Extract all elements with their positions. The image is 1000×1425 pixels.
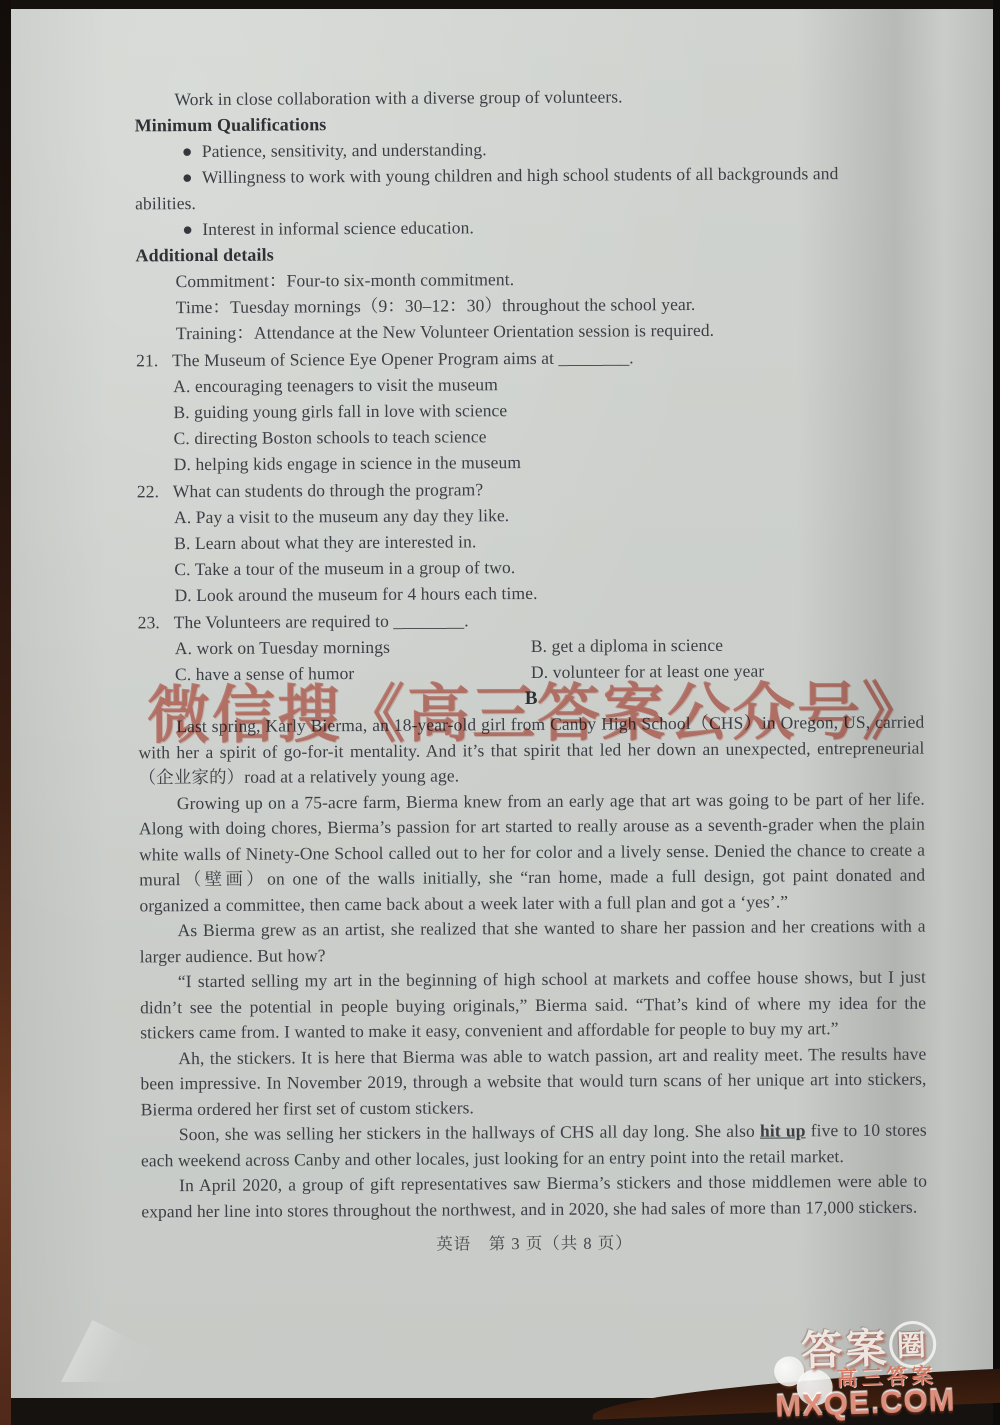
- question-21-option-d: D. helping kids engage in science in the…: [137, 447, 923, 478]
- logo-domain-text: MXQE.COM: [775, 1383, 956, 1425]
- question-23-option-a: A. work on Tuesday mornings: [175, 633, 531, 661]
- qualification-item: ●Willingness to work with young children…: [135, 160, 921, 191]
- passage-paragraph-2: Growing up on a 75-acre farm, Bierma kne…: [139, 786, 926, 918]
- question-23-option-b: B. get a diploma in science: [531, 631, 924, 659]
- bullet-icon: ●: [182, 216, 202, 242]
- passage-paragraph-3: As Bierma grew as an artist, she realize…: [140, 914, 926, 970]
- question-stem: What can students do through the program…: [173, 474, 923, 505]
- paper-fold-crease: [40, 1320, 215, 1382]
- photo-edge-top: [0, 0, 1000, 9]
- bullet-icon: ●: [182, 164, 202, 190]
- qualification-text: Interest in informal science education.: [202, 217, 474, 239]
- question-22-option-d: D. Look around the museum for 4 hours ea…: [137, 578, 923, 609]
- hit-up-glossed-phrase: hit up: [760, 1120, 806, 1140]
- question-stem: The Museum of Science Eye Opener Program…: [172, 343, 922, 374]
- photo-edge-left: [0, 0, 11, 1425]
- question-22: 22. What can students do through the pro…: [137, 474, 923, 505]
- passage-paragraph-5: Ah, the stickers. It is here that Bierma…: [140, 1041, 926, 1122]
- bullet-icon: ●: [182, 138, 202, 164]
- page-footer: 英语 第 3 页（共 8 页）: [141, 1229, 927, 1260]
- paragraph-6-text: Soon, she was selling her stickers in th…: [179, 1121, 760, 1145]
- question-21: 21. The Museum of Science Eye Opener Pro…: [136, 343, 922, 374]
- wechat-search-watermark: 微信搜《高三答案公众号》: [147, 661, 947, 756]
- passage-paragraph-4: “I started selling my art in the beginni…: [140, 965, 926, 1046]
- question-number: 22.: [137, 478, 173, 504]
- question-number: 21.: [136, 347, 172, 373]
- photo-edge-right: [993, 0, 1000, 1425]
- qualification-text: Willingness to work with young children …: [202, 163, 839, 187]
- question-number: 23.: [138, 609, 174, 635]
- training-line: Training：Attendance at the New Volunteer…: [136, 316, 922, 347]
- qualification-text: Patience, sensitivity, and understanding…: [202, 139, 487, 161]
- answer-circle-logo-watermark: 答案圈 高三答案 MXQE.COM: [772, 1311, 997, 1423]
- passage-paragraph-6: Soon, she was selling her stickers in th…: [141, 1118, 927, 1174]
- passage-paragraph-7: In April 2020, a group of gift represent…: [141, 1169, 927, 1225]
